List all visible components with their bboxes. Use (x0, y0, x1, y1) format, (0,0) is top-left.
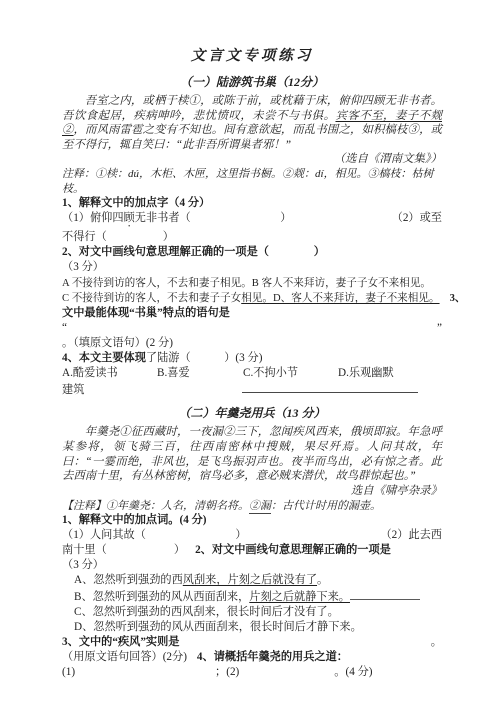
stray-underline (350, 589, 420, 600)
s1-q4-option-b-wrap: 建筑 (62, 384, 84, 396)
s1-question3-number: 3、 (450, 293, 466, 304)
s2-q2-option-b-underlined: 片刻之后就静下来。 (249, 591, 350, 603)
s2-question2-stem: 2、对文中画线句意思理解正确的一项是 (195, 544, 391, 556)
s1-question1-blanks-row: （1）俯仰四顾无非书者（ ） （2）或至 (62, 211, 442, 230)
s1-q1-item2: （2）或至 (392, 211, 442, 230)
close-quote: ” (437, 321, 442, 336)
s2-question3-stem: 3、文中的“疾风”实则是 (62, 635, 179, 650)
s2-q2-option-b: B、忽然听到强劲的风从西面刮来，片刻之后就静下来。 (62, 589, 442, 605)
s2-q2-option-a-underlined: 风刮来，片刻之后就没有了 (183, 574, 317, 586)
s2-question3-period: 。 (431, 635, 442, 650)
s1-q1-item1: （1）俯仰四顾无非书者（ ） (62, 211, 291, 230)
s2-q2-option-c: C、忽然听到强劲的西风刮来，很长时间后才没有了。 (62, 605, 442, 620)
s2-question1-stem: 1、解释文中的加点词。(4 分) (62, 513, 442, 528)
s2-q1-item2: （2）此去西 (380, 528, 442, 543)
s2-q2-option-a: A、忽然听到强劲的西风刮来，片刻之后就没有了。 (62, 573, 442, 588)
s2-question4-stem: 4、请概括年羹尧的用兵之道： (197, 651, 348, 663)
s1-q4-option-a: A.酷爱读书 (62, 366, 157, 381)
s1-question4-options: A.酷爱读书 B.喜爱 C.不拘小节 D.乐观幽默 (62, 366, 442, 381)
s1-question1-stem: 1、解释文中的加点字（4 分） (62, 196, 442, 211)
s1-q4-option-b-wrap-row: 建筑 (62, 381, 442, 398)
s2-q4-blank1-label: (1) (62, 666, 75, 678)
s1-q2-options-cd: C 不接待到访的客人，不去和妻子子女相见。D、客人不来拜访，妻子不来相见。3、 (62, 291, 442, 306)
passage1-part-b: ，而风雨雷雹之变有不知也。间有意欲起，而乱书围之，如积槁枝③，或至不得行，辄自笑… (62, 124, 442, 151)
passage1-source: （选自《渭南文集》） (62, 152, 442, 167)
doc-title: 文言文专项练习 (62, 44, 442, 65)
section2-heading: （二）年羹尧用兵（13 分） (62, 404, 442, 421)
s1-q1-item2-cont: 不得行（ ） (62, 231, 174, 243)
s2-q1-item2-cont: 南十里（ ） (62, 544, 185, 556)
dotted-char: 顾 (124, 212, 135, 224)
document-page: 文言文专项练习 （一）陆游筑书巢（12分） 吾室之内，或栖于椟①，或陈于前，或枕… (0, 0, 500, 707)
s1-question2-stem: 2、对文中画线句意思理解正确的一项是（ ） (62, 246, 325, 258)
s1-q2-options-ab: A 不接待到访的客人，不去和妻子相见。B 客人不来拜访，妻子子女不来相见。 (62, 276, 442, 291)
s2-question3-tail: （用原文语句回答）(2分) (62, 651, 187, 663)
open-quote: “ (62, 321, 67, 336)
s1-question2-row: 不得行（ ）2、对文中画线句意思理解正确的一项是（ ） (62, 230, 442, 260)
passage1-notes: 注释：①椟：dú，木柜、木匣，这里指书橱。②觌：dí，相见。③槁枝：枯树枝。 (62, 167, 442, 196)
section1-heading: （一）陆游筑书巢（12分） (62, 73, 442, 90)
s2-question3-tail-row: （用原文语句回答）(2分)4、请概括年羹尧的用兵之道： (62, 650, 442, 665)
passage1-text: 吾室之内，或栖于椟①，或陈于前，或枕藉于床，俯仰四顾无非书者。吾饮食起居，疾病呻… (62, 94, 442, 152)
stray-underline (242, 381, 418, 393)
s2-question2-row: 南十里（ ）2、对文中画线句意思理解正确的一项是 (62, 543, 442, 558)
s1-q4-option-c: C.不拘小节 (243, 366, 338, 381)
s2-question3-row: 3、文中的“疾风”实则是 。 (62, 635, 442, 650)
passage2-notes: 【注释】①年羹尧：人名，清朝名将。②漏：古代计时用的漏壶。 (62, 499, 442, 513)
s1-q2-option-d-underlined: 相见。D、客人不来拜访，妻子不来相见。 (241, 293, 439, 304)
s2-question4-blanks-row: (1)；(2)。(4 分) (62, 665, 442, 680)
s1-q4-option-b: B.喜爱 (157, 366, 243, 381)
s2-q4-blank2-label: ；(2) (215, 666, 239, 678)
s1-question4-stem: 4、本文主要体现了陆游（ ）(3 分) (62, 351, 442, 366)
passage2-source: 选自《啸亭杂录》 (62, 484, 442, 499)
s1-question2-score: （3 分） (62, 260, 442, 275)
s1-q4-option-d: D.乐观幽默 (338, 366, 394, 381)
s1-question3-stem: 文中最能体现“书巢”特点的语句是 (62, 306, 442, 321)
passage2-text: 年羹尧①征西藏时，一夜漏②三下，忽闻疾风西来，俄顷即寂。年急呼某参将，领飞骑三百… (62, 425, 442, 483)
s2-question2-score: （3 分） (62, 558, 442, 573)
s1-question3-answer-blank: “ ” (62, 321, 442, 336)
s2-question1-blanks-row: （1）人问其故（ ） （2）此去西 (62, 528, 442, 543)
s2-q2-option-d: D、忽然听到强劲的风从西面刮来，很长时间后才静下来。 (62, 620, 442, 635)
s2-q1-item1: （1）人问其故（ ） (62, 528, 247, 543)
s2-q4-score: 。(4 分) (334, 666, 372, 678)
s1-question3-tail: 。（填原文语句）(2 分) (62, 336, 442, 351)
passage2-note-underlined: ②漏 (249, 500, 271, 514)
